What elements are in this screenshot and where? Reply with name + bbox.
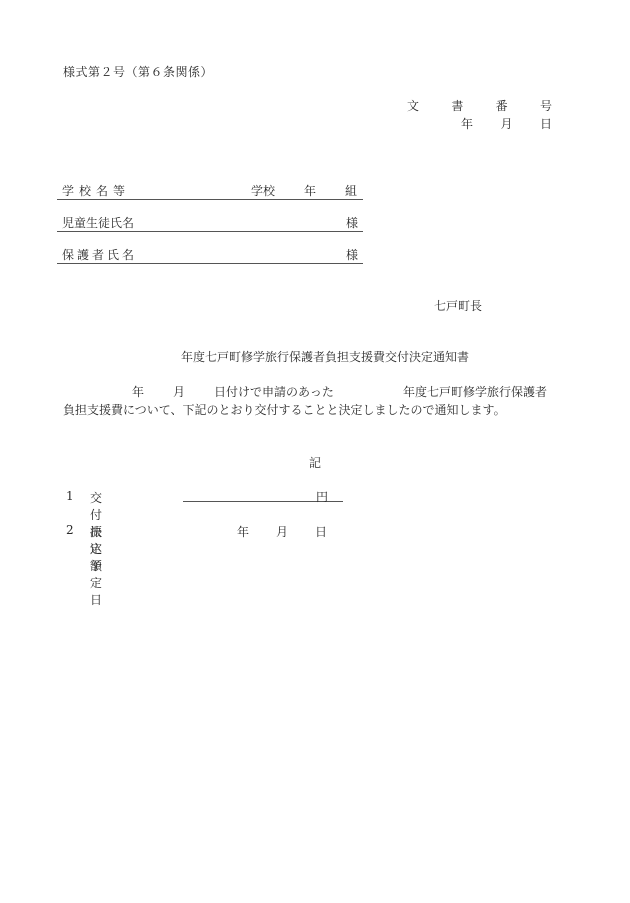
doc-number-char: 号 — [540, 99, 552, 113]
doc-number-char: 文 — [407, 99, 419, 113]
student-name-label: 児童生徒氏名 — [62, 214, 134, 231]
transfer-year: 年 — [237, 523, 249, 540]
document-title: 年度七戸町修学旅行保護者負担支援費交付決定通知書 — [181, 350, 469, 364]
school-label: 学校名等 — [62, 182, 130, 199]
body-end: 年度七戸町修学旅行保護者 — [403, 385, 547, 399]
ki-heading: 記 — [309, 456, 321, 470]
body-line-2: 負担支援費について、下記のとおり交付することと決定しましたので通知します。 — [63, 403, 506, 417]
item-number: 1 — [66, 489, 74, 503]
school-field: 学校名等 学校 年 組 — [57, 181, 363, 200]
issuer: 七戸町長 — [434, 299, 482, 313]
date-month: 月 — [500, 117, 512, 131]
body-year: 年 — [132, 385, 144, 399]
transfer-month: 月 — [276, 523, 288, 540]
student-name-field: 児童生徒氏名 様 — [57, 213, 363, 232]
form-number: 様式第２号（第６条関係） — [63, 65, 213, 79]
student-honorific: 様 — [346, 214, 358, 231]
guardian-honorific: 様 — [346, 246, 358, 263]
doc-number-char: 番 — [496, 99, 508, 113]
body-mid: 日付けで申請のあった — [214, 385, 334, 399]
school-grade-class: 学校 年 組 — [251, 182, 357, 199]
yen-unit: 円 — [316, 488, 328, 505]
amount-field: 円 — [183, 487, 343, 502]
date-day: 日 — [540, 117, 552, 131]
body-month: 月 — [173, 385, 185, 399]
issue-date: 年 月 日 — [461, 117, 552, 131]
item-label: 振込予定日 — [90, 523, 102, 608]
date-year: 年 — [461, 117, 473, 131]
guardian-name-label: 保護者氏名 — [62, 246, 137, 263]
transfer-day: 日 — [315, 523, 327, 540]
class-suffix: 組 — [345, 182, 357, 199]
document-number-label: 文 書 番 号 — [407, 99, 552, 113]
transfer-date-field: 年 月 日 — [237, 523, 327, 540]
item-number: 2 — [66, 523, 74, 537]
school-suffix: 学校 — [251, 182, 275, 199]
grade-suffix: 年 — [304, 182, 316, 199]
guardian-name-field: 保護者氏名 様 — [57, 245, 363, 264]
doc-number-char: 書 — [451, 99, 463, 113]
